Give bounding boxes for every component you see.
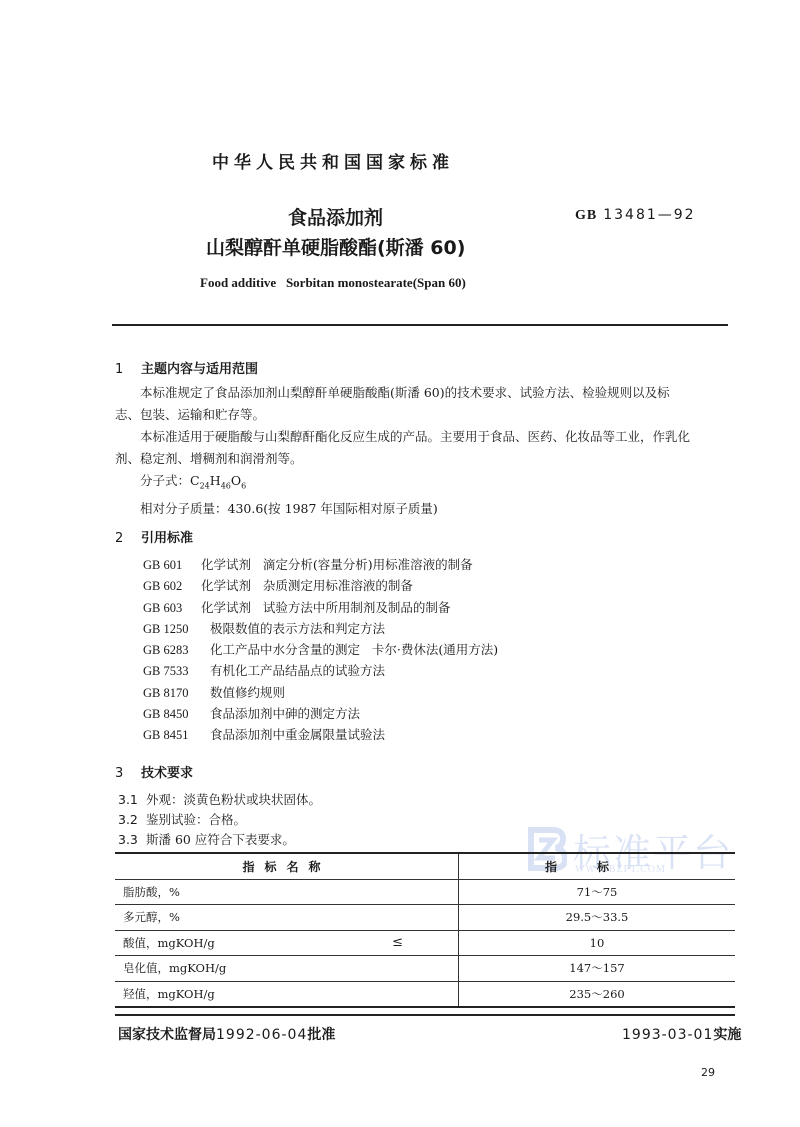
title-line-2: 山梨醇酐单硬脂酸酯(斯潘 60)	[206, 233, 465, 260]
reference-item: GB 6283化工产品中水分含量的测定 卡尔·费休法(通用方法)	[143, 640, 498, 661]
reference-code: GB 1250	[143, 622, 210, 637]
approval-date: 1992-06-04	[216, 1027, 307, 1043]
indicator-name-text: 酸值，mgKOH/g	[123, 936, 215, 950]
reference-title: 化工产品中水分含量的测定 卡尔·费休法(通用方法)	[210, 642, 498, 657]
reference-code: GB 8450	[143, 707, 210, 722]
reference-title: 食品添加剂中砷的测定方法	[210, 706, 360, 721]
paragraph-line: 本标准适用于硬脂酸与山梨醇酐酯化反应生成的产品。主要用于食品、医药、化妆品等工业…	[115, 426, 725, 448]
section-1-heading: 1主题内容与适用范围	[115, 358, 258, 377]
reference-title: 有机化工产品结晶点的试验方法	[210, 663, 385, 678]
indicator-name-text: 脂肪酸，%	[123, 885, 180, 899]
indicator-value: 147～157	[459, 956, 736, 982]
reference-item: GB 8170数值修约规则	[143, 683, 498, 704]
section-1-body: 本标准规定了食品添加剂山梨醇酐单硬脂酸酯(斯潘 60)的技术要求、试验方法、检验…	[115, 382, 725, 520]
reference-code: GB 603	[143, 601, 201, 616]
paragraph-line: 志、包装、运输和贮存等。	[115, 404, 725, 426]
reference-code: GB 601	[143, 558, 201, 573]
section-number: 2	[115, 531, 141, 546]
requirement-text: 外观：淡黄色粉状或块状固体。	[146, 792, 321, 807]
national-standard-label: 中华人民共和国国家标准	[212, 148, 454, 173]
reference-item: GB 603化学试剂 试验方法中所用制剂及制品的制备	[143, 598, 498, 619]
table-row: 脂肪酸，% 71～75	[115, 879, 735, 905]
table-row: 酸值，mgKOH/g≤ 10	[115, 930, 735, 956]
requirement-item: 3.3斯潘 60 应符合下表要求。	[118, 830, 321, 850]
indicator-name: 多元醇，%	[115, 905, 459, 931]
table-row: 多元醇，% 29.5～33.5	[115, 905, 735, 931]
molecular-formula: 分子式：C24H46O6	[115, 470, 725, 498]
indicator-name: 羟值，mgKOH/g	[115, 981, 459, 1007]
implementation-suffix: 实施	[713, 1027, 741, 1043]
reference-title: 极限数值的表示方法和判定方法	[210, 621, 385, 636]
requirements-list: 3.1外观：淡黄色粉状或块状固体。 3.2鉴别试验：合格。 3.3斯潘 60 应…	[118, 790, 321, 850]
paragraph-line: 剂、稳定剂、增稠剂和润滑剂等。	[115, 448, 725, 470]
reference-code: GB 8451	[143, 728, 210, 743]
reference-item: GB 7533有机化工产品结晶点的试验方法	[143, 661, 498, 682]
approval-suffix: 批准	[307, 1027, 335, 1043]
english-title: Food additive Sorbitan monostearate(Span…	[200, 275, 466, 291]
approval-line: 国家技术监督局1992-06-04批准	[118, 1024, 335, 1044]
reference-item: GB 1250极限数值的表示方法和判定方法	[143, 619, 498, 640]
section-title: 技术要求	[141, 766, 193, 781]
section-title: 引用标准	[141, 531, 193, 546]
reference-title: 化学试剂 杂质测定用标准溶液的制备	[201, 578, 413, 593]
page-number: 29	[701, 1066, 715, 1079]
indicator-name-text: 多元醇，%	[123, 910, 180, 924]
implementation-line: 1993-03-01实施	[622, 1024, 741, 1044]
header-divider	[112, 324, 728, 326]
reference-title: 食品添加剂中重金属限量试验法	[210, 727, 385, 742]
formula-label: 分子式：	[140, 473, 190, 488]
reference-item: GB 601化学试剂 滴定分析(容量分析)用标准溶液的制备	[143, 555, 498, 576]
footer-divider	[115, 1014, 735, 1016]
formula-c: C	[190, 473, 200, 488]
indicator-value: 235～260	[459, 981, 736, 1007]
reference-title: 化学试剂 试验方法中所用制剂及制品的制备	[201, 600, 450, 615]
standard-number: GB13481—92	[575, 207, 696, 224]
indicator-name-text: 皂化值，mgKOH/g	[123, 961, 226, 975]
indicator-value: 71～75	[459, 879, 736, 905]
formula-c-sub: 24	[200, 482, 210, 491]
gb-prefix: GB	[575, 208, 597, 223]
specification-table: 指标名称 指标 脂肪酸，% 71～75 多元醇，% 29.5～33.5 酸值，m…	[115, 852, 735, 1008]
reference-title: 化学试剂 滴定分析(容量分析)用标准溶液的制备	[201, 557, 473, 572]
requirement-text: 斯潘 60 应符合下表要求。	[146, 832, 295, 847]
reference-item: GB 8451食品添加剂中重金属限量试验法	[143, 725, 498, 746]
implementation-date: 1993-03-01	[622, 1027, 713, 1043]
reference-list: GB 601化学试剂 滴定分析(容量分析)用标准溶液的制备 GB 602化学试剂…	[143, 555, 498, 747]
molecular-mass: 相对分子质量：430.6(按 1987 年国际相对原子质量)	[115, 498, 725, 520]
requirement-item: 3.2鉴别试验：合格。	[118, 810, 321, 830]
header-indicator-name: 指标名称	[115, 853, 459, 879]
paragraph-line: 本标准规定了食品添加剂山梨醇酐单硬脂酸酯(斯潘 60)的技术要求、试验方法、检验…	[115, 382, 725, 404]
formula-h: H	[210, 473, 221, 488]
indicator-value: 10	[459, 930, 736, 956]
table-row: 皂化值，mgKOH/g 147～157	[115, 956, 735, 982]
reference-code: GB 6283	[143, 643, 210, 658]
requirement-item: 3.1外观：淡黄色粉状或块状固体。	[118, 790, 321, 810]
reference-title: 数值修约规则	[210, 685, 285, 700]
reference-code: GB 602	[143, 579, 201, 594]
formula-h-sub: 46	[221, 482, 231, 491]
title-line-1: 食品添加剂	[288, 203, 383, 230]
indicator-name: 酸值，mgKOH/g≤	[115, 930, 459, 956]
formula-o-sub: 6	[241, 482, 246, 491]
requirement-text: 鉴别试验：合格。	[146, 812, 246, 827]
section-2-heading: 2引用标准	[115, 527, 193, 546]
requirement-number: 3.1	[118, 792, 146, 807]
header-indicator-value: 指标	[459, 853, 736, 879]
formula-o: O	[231, 473, 241, 488]
requirement-number: 3.2	[118, 812, 146, 827]
gb-number: 13481—92	[603, 207, 695, 223]
section-number: 3	[115, 766, 141, 781]
requirement-number: 3.3	[118, 832, 146, 847]
approval-org: 国家技术监督局	[118, 1027, 216, 1043]
indicator-name: 皂化值，mgKOH/g	[115, 956, 459, 982]
qualifier: ≤	[392, 935, 403, 950]
section-number: 1	[115, 362, 141, 377]
indicator-name: 脂肪酸，%	[115, 879, 459, 905]
table-header-row: 指标名称 指标	[115, 853, 735, 879]
reference-item: GB 8450食品添加剂中砷的测定方法	[143, 704, 498, 725]
table-row: 羟值，mgKOH/g 235～260	[115, 981, 735, 1007]
reference-code: GB 7533	[143, 664, 210, 679]
reference-item: GB 602化学试剂 杂质测定用标准溶液的制备	[143, 576, 498, 597]
indicator-name-text: 羟值，mgKOH/g	[123, 987, 215, 1001]
section-3-heading: 3技术要求	[115, 762, 193, 781]
indicator-value: 29.5～33.5	[459, 905, 736, 931]
section-title: 主题内容与适用范围	[141, 362, 258, 377]
reference-code: GB 8170	[143, 686, 210, 701]
